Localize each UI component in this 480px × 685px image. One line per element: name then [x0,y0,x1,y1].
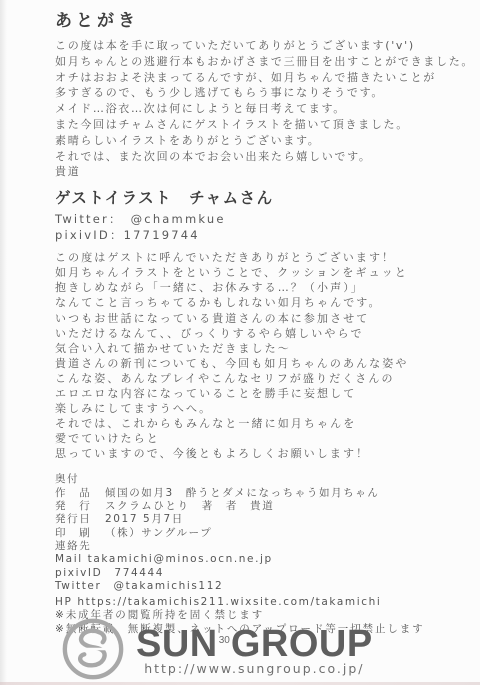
guest-line: なんてこと言っちゃてるかもしれない如月ちゃんです。 [55,295,476,310]
printer-text: SUN30GROUP http://www.sungroup.co.jp/ [136,623,373,676]
guest-line: 楽しみにしてますうへへ。 [55,401,476,416]
afterword-paragraph: この度は本を手に取っていただいてありがとうございます('v') 如月ちゃんとの逃… [55,38,476,180]
contact-pixiv-line: pixivID 774444 [55,567,476,580]
guest-line: 貴道さんの新刊についても、今回も如月ちゃんのあんな姿や [55,356,476,371]
contact-mail-line: Mail takamichi@minos.ocn.ne.jp [55,553,476,566]
colophon-label: 印 刷 [55,527,105,540]
guest-line: 抱きしめながら「一緒に、お休みする…？（小声）」 [55,280,476,295]
contact-hp-line: HP https://takamichis211.wixsite.com/tak… [55,596,476,609]
afterword-line: 多すぎるので、もう少し逃げてもらう事になりそうです。 [55,85,476,101]
guest-line: いただけるなんて、、びっくりするやら嬉しいやらで [55,326,476,341]
afterword-line: 素晴らしいイラストをありがとうございます。 [55,133,476,149]
guest-pixiv-line: pixivID：17719744 [55,228,476,244]
colophon-row-work: 作 品 傾国の如月3 酔うとダメになっちゃう如月ちゃん [55,487,476,500]
colophon-row-publisher: 発 行 スクラムひとり 著 者 貴道 [55,500,476,513]
guest-line: 思っていますので、今後ともよろしくお願いします！ [55,446,476,461]
afterword-line: それでは、また次回の本でお会い出来たら嬉しいです。 [55,149,476,165]
contact-twitter-line: Twitter @takamichis112 [55,580,476,593]
anniversary-30-mark: 30 [219,635,230,646]
guest-illustrator-heading: ゲストイラスト チャムさん [55,186,476,208]
afterword-line: また今回はチャムさんにゲストイラストを描いて頂きました。 [55,117,476,133]
page-content: あとがき この度は本を手に取っていただいてありがとうございます('v') 如月ち… [55,6,476,636]
colophon-value: 傾国の如月3 酔うとダメになっちゃう如月ちゃん [105,487,476,500]
colophon-label: 作 品 [55,487,105,500]
contact-heading: 連絡先 [55,540,476,553]
colophon-label: 発行日 [55,513,105,526]
printer-url: http://www.sungroup.co.jp/ [144,661,364,676]
afterword-line: 如月ちゃんとの逃避行本もおかげさまで三冊目を出すことができました。 [55,54,476,70]
afterword-line: メイド…浴衣…次は何にしようと毎日考えてます。 [55,101,476,117]
guest-twitter-line: Twitter： @chammkue [55,212,476,228]
guest-line: 愛でていけたらと [55,431,476,446]
wordmark-sun: SUN [136,623,218,665]
guest-line: この度はゲストに呼んでいただきありがとうございます！ [55,250,476,265]
afterword-line: この度は本を手に取っていただいてありがとうございます('v') [55,38,476,54]
colophon-title: 奥付 [55,473,476,486]
wordmark-group: GROUP [231,623,373,665]
guest-paragraph: この度はゲストに呼んでいただきありがとうございます！ 如月ちゃんイラストをという… [55,250,476,461]
sun-group-logo-icon [60,616,126,682]
printer-logo-block: SUN30GROUP http://www.sungroup.co.jp/ [60,616,373,682]
guest-line: エロエロな内容になっていることを勝手に妄想して [55,386,476,401]
colophon-value: 2017 5月7日 [105,513,476,526]
afterword-signature: 貴道 [55,164,476,180]
guest-line: 如月ちゃんイラストをということで、クッションをギュッと [55,265,476,280]
page: あとがき この度は本を手に取っていただいてありがとうございます('v') 如月ち… [0,0,480,685]
colophon-value: スクラムひとり 著 者 貴道 [105,500,476,513]
colophon-label: 発 行 [55,500,105,513]
colophon-row-printer: 印 刷 （株）サングループ [55,527,476,540]
afterword-title: あとがき [55,6,476,31]
sun-group-wordmark: SUN30GROUP [136,623,373,662]
colophon-value: （株）サングループ [105,527,476,540]
scan-left-edge [0,0,7,685]
guest-line: それでは、これからもみんなと一緒に如月ちゃんを [55,416,476,431]
guest-line: 気合い入れて描かせていただきました〜 [55,341,476,356]
guest-line: こんな姿、あんなプレイやこんなセリフが盛りだくさんの [55,371,476,386]
guest-line: いつもお世話になっている貴道さんの本に参加させて [55,311,476,326]
colophon-row-date: 発行日 2017 5月7日 [55,513,476,526]
afterword-line: オチはおおよそ決まってるんですが、如月ちゃんで描きたいことが [55,70,476,86]
colophon: 奥付 作 品 傾国の如月3 酔うとダメになっちゃう如月ちゃん 発 行 スクラムひ… [55,473,476,636]
